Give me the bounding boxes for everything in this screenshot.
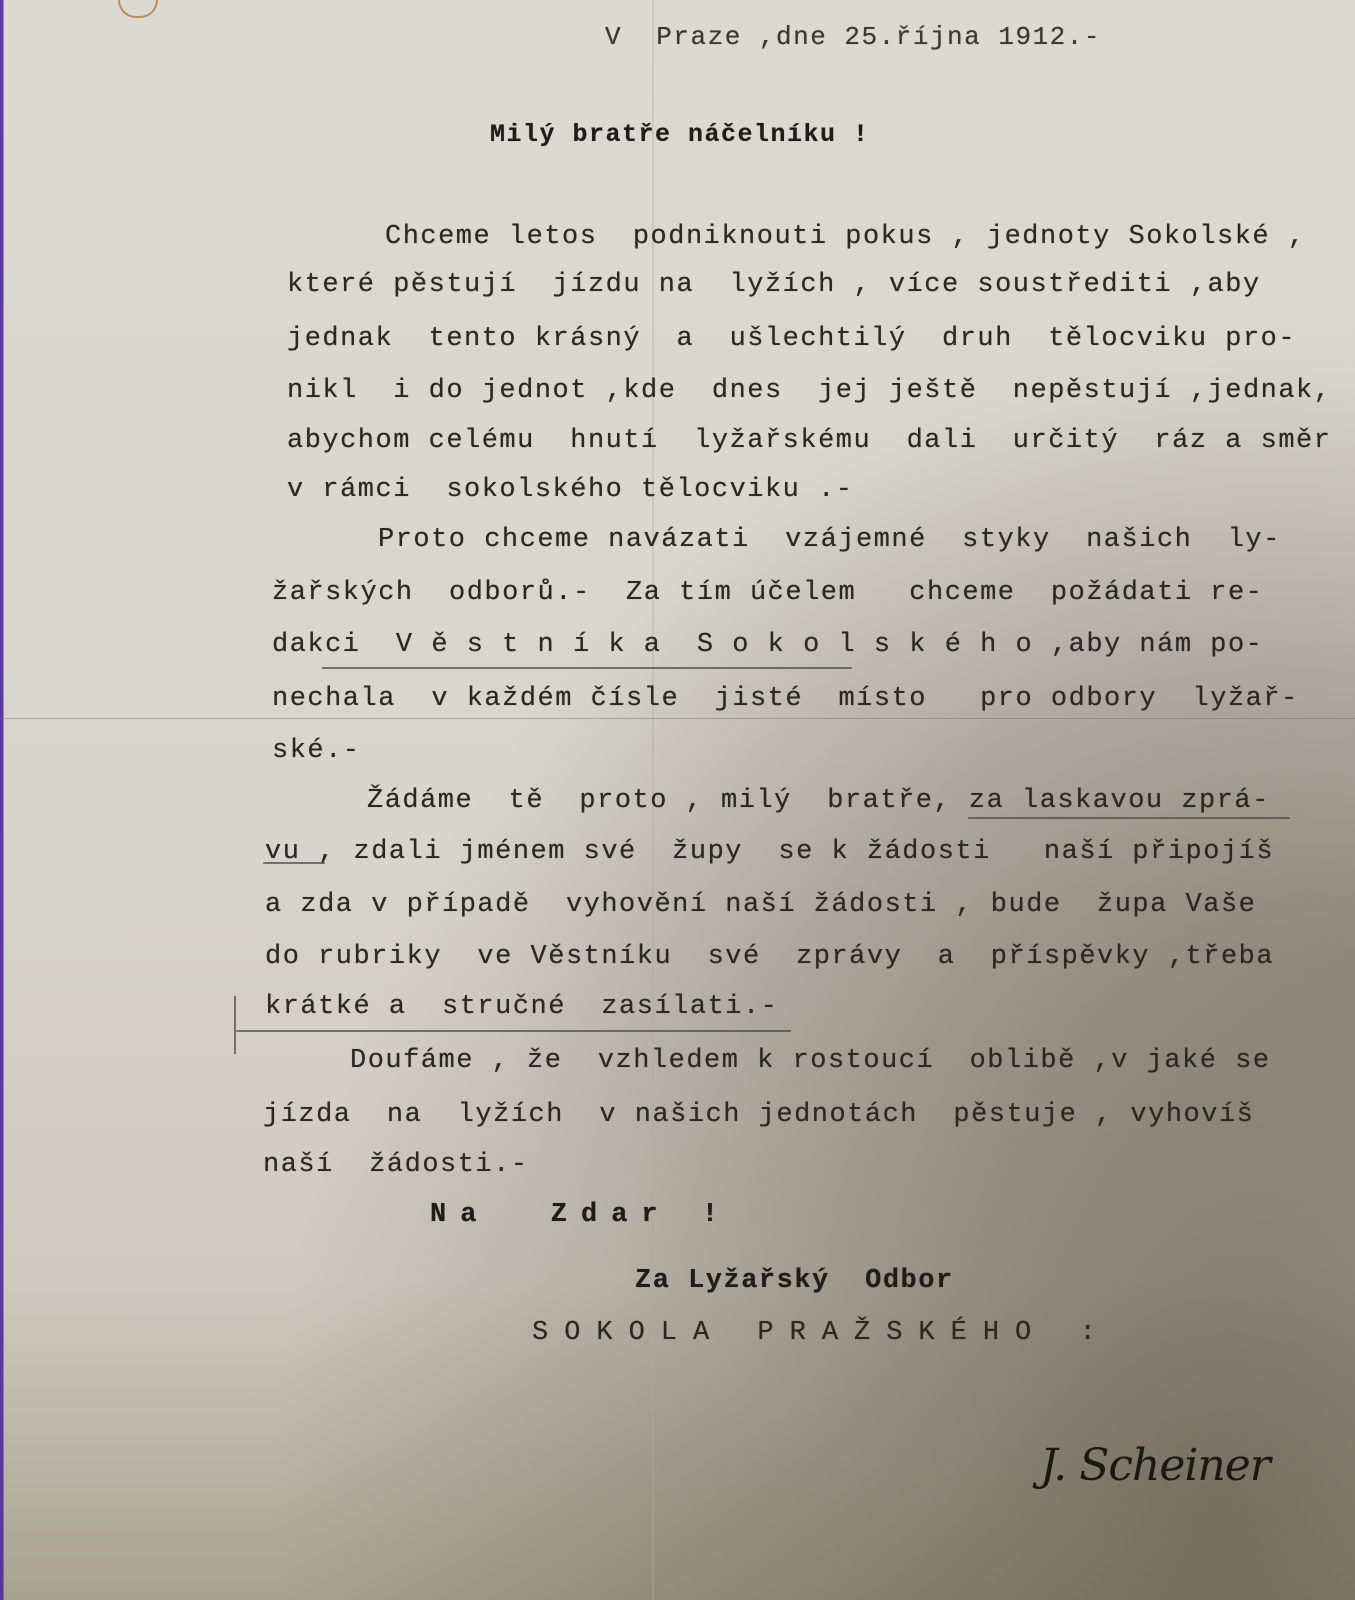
sign-off-line-1: Za Lyžařský Odbor [635,1266,954,1296]
paragraph-3-line-1: Žádáme tě proto , milý bratře, za laskav… [367,786,1270,816]
paragraph-2-line-1: Proto chceme navázati vzájemné styky naš… [378,525,1281,555]
paragraph-3-line-2: vu , zdali jménem své župy se k žádosti … [265,837,1274,867]
paragraph-1-line-6: v rámci sokolského tělocviku .- [287,475,853,505]
paragraph-4-line-1: Doufáme , že vzhledem k rostoucí oblibě … [350,1046,1271,1076]
pencil-bracket-mark [234,996,236,1054]
pencil-underline-vestnik [322,667,852,669]
paragraph-2-line-2: žařských odborů.- Za tím účelem chceme p… [272,578,1263,608]
paragraph-2-line-3: dakci V ě s t n í k a S o k o l s k é h … [272,630,1263,660]
pencil-underline-vu [263,862,325,864]
dateline: V Praze ,dne 25.října 1912.- [605,22,1101,52]
paragraph-2-line-5: ské.- [272,736,361,766]
paragraph-4-line-2: jízda na lyžích v našich jednotách pěstu… [263,1100,1254,1130]
paragraph-3-line-4: do rubriky ve Věstníku své zprávy a přís… [265,942,1274,972]
paragraph-3-line-3: a zda v případě vyhovění naší žádosti , … [265,890,1256,920]
pencil-underline-zpravu [968,817,1290,819]
pencil-underline-zasilati [236,1030,791,1032]
sign-off-line-2: SOKOLA PRAŽSKÉHO : [532,1318,1112,1348]
paragraph-3-line-5: krátké a stručné zasílati.- [265,992,778,1022]
handwritten-signature: J. Scheiner [1040,1440,1270,1491]
closing-greeting: Na Zdar ! [430,1200,732,1230]
paragraph-2-line-4: nechala v každém čísle jisté místo pro o… [272,684,1299,714]
paragraph-4-line-3: naší žádosti.- [263,1150,529,1180]
paragraph-1-line-2: které pěstují jízdu na lyžích , více sou… [287,270,1261,300]
salutation: Milý bratře náčelníku ! [490,120,870,149]
paragraph-1-line-4: nikl i do jednot ,kde dnes jej ještě nep… [287,376,1331,406]
paragraph-1-line-5: abychom celému hnutí lyžařskému dali urč… [287,426,1331,456]
paragraph-1-line-3: jednak tento krásný a ušlechtilý druh tě… [287,324,1296,354]
paragraph-1-line-1: Chceme letos podniknouti pokus , jednoty… [385,222,1306,252]
paper-fold-horizontal [0,718,1355,719]
